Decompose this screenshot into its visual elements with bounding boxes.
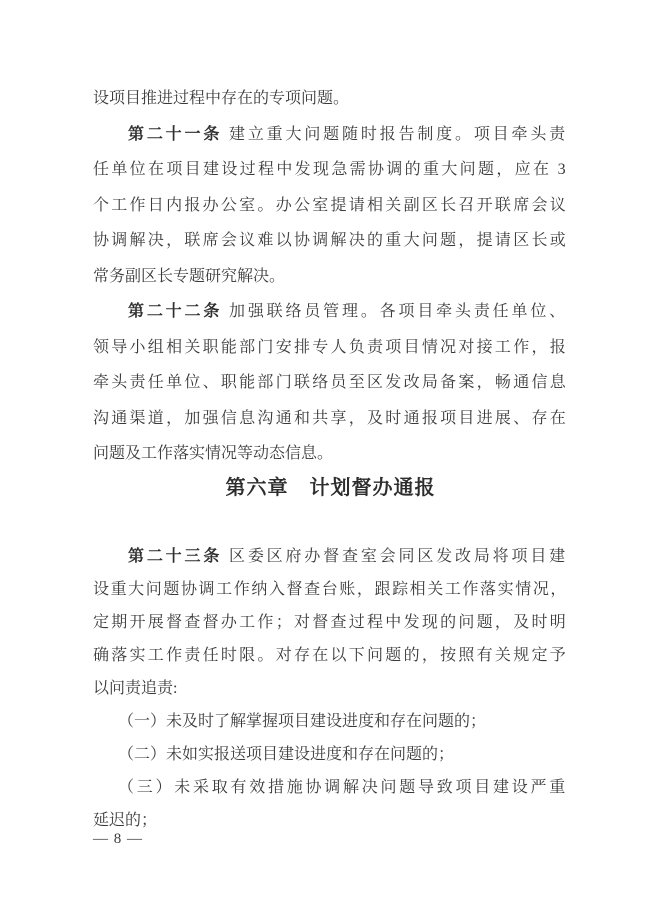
text-line: 确落实工作责任时限。对存在以下问题的，按照有关规定予 (93, 639, 568, 672)
text-line-content: 牵头责任单位、职能部门联络员至区发改局备案，畅通信息 (93, 365, 568, 401)
body-text: 沟通渠道，加强信息沟通和共享，及时通报项目进展、存在 (93, 410, 568, 427)
body-text: 设项目推进过程中存在的专项问题。 (93, 90, 349, 107)
document-body-bottom: 第二十三条 区委区府办督查室会同区发改局将项目建设重大问题协调工作纳入督查台账，… (93, 540, 568, 837)
document-page: 设项目推进过程中存在的专项问题。第二十一条 建立重大问题随时报告制度。项目牵头责… (0, 0, 650, 919)
chapter-heading: 第六章 计划督办通报 (93, 474, 568, 502)
text-line: 任单位在项目建设过程中发现急需协调的重大问题，应在 3 (93, 152, 568, 188)
text-line-content: 沟通渠道，加强信息沟通和共享，及时通报项目进展、存在 (93, 401, 568, 437)
text-line-content: 以问责追责: (93, 672, 177, 705)
body-text: 定期开展督查督办工作；对督查过程中发现的问题，及时明 (93, 614, 568, 631)
text-line-content: （二）未如实报送项目建设进度和存在问题的； (118, 738, 454, 771)
body-text: 确落实工作责任时限。对存在以下问题的，按照有关规定予 (93, 647, 568, 664)
text-line: 设项目推进过程中存在的专项问题。 (93, 81, 568, 117)
text-line-content: （一）未及时了解掌握项目建设进度和存在问题的； (118, 705, 486, 738)
text-line-content: （三）未采取有效措施协调解决问题导致项目建设严重 (118, 771, 568, 804)
body-text: 区委区府办督查室会同区发改局将项目建 (222, 548, 568, 565)
text-line-content: 第二十一条 建立重大问题随时报告制度。项目牵头责 (128, 117, 568, 153)
body-text: （三）未采取有效措施协调解决问题导致项目建设严重 (118, 779, 568, 796)
body-text: 设重大问题协调工作纳入督查台账，跟踪相关工作落实情况， (93, 581, 568, 598)
body-text: 协调解决，联席会议难以协调解决的重大问题，提请区长或 (93, 232, 568, 249)
article-number: 第二十三条 (128, 548, 222, 565)
document-body-top: 设项目推进过程中存在的专项问题。第二十一条 建立重大问题随时报告制度。项目牵头责… (93, 81, 568, 472)
text-line-content: 任单位在项目建设过程中发现急需协调的重大问题，应在 3 (93, 152, 568, 188)
body-text: 任单位在项目建设过程中发现急需协调的重大问题，应在 3 (93, 161, 568, 178)
text-line: （二）未如实报送项目建设进度和存在问题的； (93, 738, 568, 771)
text-line-content: 第二十三条 区委区府办督查室会同区发改局将项目建 (128, 540, 568, 573)
article-number: 第二十二条 (128, 303, 222, 320)
text-line: 问题及工作落实情况等动态信息。 (93, 436, 568, 472)
text-line: 第二十二条 加强联络员管理。各项目牵头责任单位、 (93, 294, 568, 330)
body-text: 问题及工作落实情况等动态信息。 (93, 445, 333, 462)
text-line-content: 常务副区长专题研究解决。 (93, 259, 285, 295)
text-line-content: 设项目推进过程中存在的专项问题。 (93, 81, 349, 117)
text-line: 定期开展督查督办工作；对督查过程中发现的问题，及时明 (93, 606, 568, 639)
text-line: 牵头责任单位、职能部门联络员至区发改局备案，畅通信息 (93, 365, 568, 401)
text-line-content: 定期开展督查督办工作；对督查过程中发现的问题，及时明 (93, 606, 568, 639)
text-line: 延迟的； (93, 804, 568, 837)
text-line-content: 确落实工作责任时限。对存在以下问题的，按照有关规定予 (93, 639, 568, 672)
text-line: 个工作日内报办公室。办公室提请相关副区长召开联席会议 (93, 188, 568, 224)
body-text: 延迟的； (93, 812, 157, 829)
article-number: 第二十一条 (128, 126, 222, 143)
text-line: 设重大问题协调工作纳入督查台账，跟踪相关工作落实情况， (93, 573, 568, 606)
body-text: 以问责追责: (93, 680, 177, 697)
text-line: 沟通渠道，加强信息沟通和共享，及时通报项目进展、存在 (93, 401, 568, 437)
body-text: （一）未及时了解掌握项目建设进度和存在问题的； (118, 713, 486, 730)
text-line: 以问责追责: (93, 672, 568, 705)
body-text: 建立重大问题随时报告制度。项目牵头责 (222, 126, 568, 143)
text-line-content: 设重大问题协调工作纳入督查台账，跟踪相关工作落实情况， (93, 573, 568, 606)
text-line-content: 个工作日内报办公室。办公室提请相关副区长召开联席会议 (93, 188, 568, 224)
body-text: 个工作日内报办公室。办公室提请相关副区长召开联席会议 (93, 197, 568, 214)
body-text: 常务副区长专题研究解决。 (93, 268, 285, 285)
page-number: — 8 — (93, 829, 143, 849)
text-line-content: 领导小组相关职能部门安排专人负责项目情况对接工作，报 (93, 330, 568, 366)
body-text: （二）未如实报送项目建设进度和存在问题的； (118, 746, 454, 763)
body-text: 牵头责任单位、职能部门联络员至区发改局备案，畅通信息 (93, 374, 568, 391)
text-line-content: 第二十二条 加强联络员管理。各项目牵头责任单位、 (128, 294, 568, 330)
text-line: 常务副区长专题研究解决。 (93, 259, 568, 295)
text-line-content: 协调解决，联席会议难以协调解决的重大问题，提请区长或 (93, 223, 568, 259)
text-line: 第二十三条 区委区府办督查室会同区发改局将项目建 (93, 540, 568, 573)
text-line: （三）未采取有效措施协调解决问题导致项目建设严重 (93, 771, 568, 804)
text-line: 领导小组相关职能部门安排专人负责项目情况对接工作，报 (93, 330, 568, 366)
text-line: 协调解决，联席会议难以协调解决的重大问题，提请区长或 (93, 223, 568, 259)
body-text: 领导小组相关职能部门安排专人负责项目情况对接工作，报 (93, 339, 568, 356)
text-line-content: 问题及工作落实情况等动态信息。 (93, 436, 333, 472)
body-text: 加强联络员管理。各项目牵头责任单位、 (222, 303, 568, 320)
text-line: 第二十一条 建立重大问题随时报告制度。项目牵头责 (93, 117, 568, 153)
text-line: （一）未及时了解掌握项目建设进度和存在问题的； (93, 705, 568, 738)
